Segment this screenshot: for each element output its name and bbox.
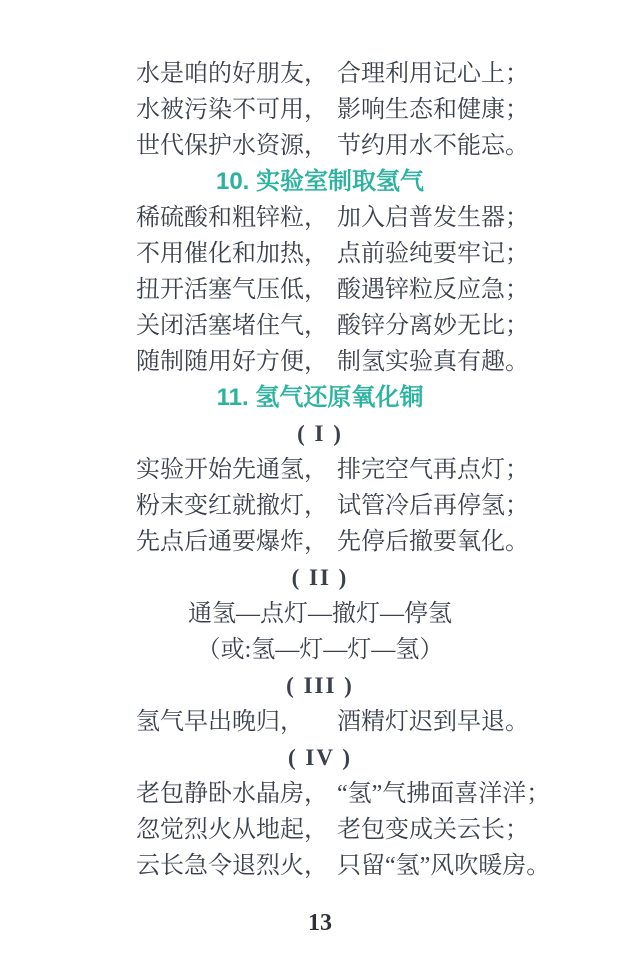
couplet-line: 老包静卧水晶房， “氢”气拂面喜洋洋； [0,776,640,812]
couplet-right-phrase: 排完空气再点灯； [337,452,640,488]
roman-numeral-label-1: ( I ) [0,416,640,452]
couplet-line: 水被污染不可用， 影响生态和健康； [0,92,640,128]
roman-numeral-label-4: ( IV ) [0,740,640,776]
page-content: 水是咱的好朋友， 合理利用记心上； 水被污染不可用， 影响生态和健康； 世代保护… [0,0,640,884]
couplet-left-phrase: 随制随用好方便， [136,344,337,380]
couplet-line: 粉末变红就撤灯， 试管冷后再停氢； [0,488,640,524]
couplet-line: 关闭活塞堵住气， 酸锌分离妙无比； [0,308,640,344]
couplet-left-phrase: 扭开活塞气压低， [136,272,337,308]
couplet-line: 扭开活塞气压低， 酸遇锌粒反应急； [0,272,640,308]
couplet-right-phrase: 点前验纯要牢记； [337,236,640,272]
document-page: 水是咱的好朋友， 合理利用记心上； 水被污染不可用， 影响生态和健康； 世代保护… [0,0,640,968]
couplet-line: 先点后通要爆炸， 先停后撤要氧化。 [0,524,640,560]
couplet-left-phrase: 水是咱的好朋友， [136,56,337,92]
couplet-line: 实验开始先通氢， 排完空气再点灯； [0,452,640,488]
couplet-right-phrase: “氢”气拂面喜洋洋； [337,776,640,812]
couplet-left-phrase: 不用催化和加热， [136,236,337,272]
couplet-right-phrase: 制氢实验真有趣。 [337,344,640,380]
couplet-line: 不用催化和加热， 点前验纯要牢记； [0,236,640,272]
mnemonic-sequence-line: 通氢—点灯—撤灯—停氢 [0,596,640,632]
couplet-left-phrase: 关闭活塞堵住气， [136,308,337,344]
couplet-line: 随制随用好方便， 制氢实验真有趣。 [0,344,640,380]
couplet-right-phrase: 只留“氢”风吹暖房。 [337,848,640,884]
couplet-left-phrase: 氢气早出晚归， [136,704,337,740]
couplet-right-phrase: 影响生态和健康； [337,92,640,128]
couplet-line: 氢气早出晚归， 酒精灯迟到早退。 [0,704,640,740]
roman-numeral-label-3: ( III ) [0,668,640,704]
couplet-line: 云长急令退烈火， 只留“氢”风吹暖房。 [0,848,640,884]
couplet-line: 忽觉烈火从地起， 老包变成关云长； [0,812,640,848]
couplet-right-phrase: 加入启普发生器； [337,200,640,236]
couplet-right-phrase: 试管冷后再停氢； [337,488,640,524]
couplet-right-phrase: 酒精灯迟到早退。 [337,704,640,740]
section-heading-11: 11. 氢气还原氧化铜 [0,380,640,416]
couplet-left-phrase: 稀硫酸和粗锌粒， [136,200,337,236]
couplet-left-phrase: 云长急令退烈火， [136,848,337,884]
couplet-right-phrase: 节约用水不能忘。 [337,128,640,164]
couplet-line: 水是咱的好朋友， 合理利用记心上； [0,56,640,92]
couplet-right-phrase: 老包变成关云长； [337,812,640,848]
section-heading-10: 10. 实验室制取氢气 [0,164,640,200]
couplet-left-phrase: 世代保护水资源， [136,128,337,164]
mnemonic-sequence-alt-line: （或:氢—灯—灯—氢） [0,632,640,668]
couplet-left-phrase: 粉末变红就撤灯， [136,488,337,524]
couplet-left-phrase: 老包静卧水晶房， [136,776,337,812]
couplet-right-phrase: 酸遇锌粒反应急； [337,272,640,308]
couplet-left-phrase: 先点后通要爆炸， [136,524,337,560]
couplet-line: 稀硫酸和粗锌粒， 加入启普发生器； [0,200,640,236]
roman-numeral-label-2: ( II ) [0,560,640,596]
couplet-right-phrase: 合理利用记心上； [337,56,640,92]
couplet-left-phrase: 忽觉烈火从地起， [136,812,337,848]
couplet-right-phrase: 先停后撤要氧化。 [337,524,640,560]
couplet-left-phrase: 实验开始先通氢， [136,452,337,488]
couplet-left-phrase: 水被污染不可用， [136,92,337,128]
couplet-right-phrase: 酸锌分离妙无比； [337,308,640,344]
couplet-line: 世代保护水资源， 节约用水不能忘。 [0,128,640,164]
page-number: 13 [0,910,640,937]
